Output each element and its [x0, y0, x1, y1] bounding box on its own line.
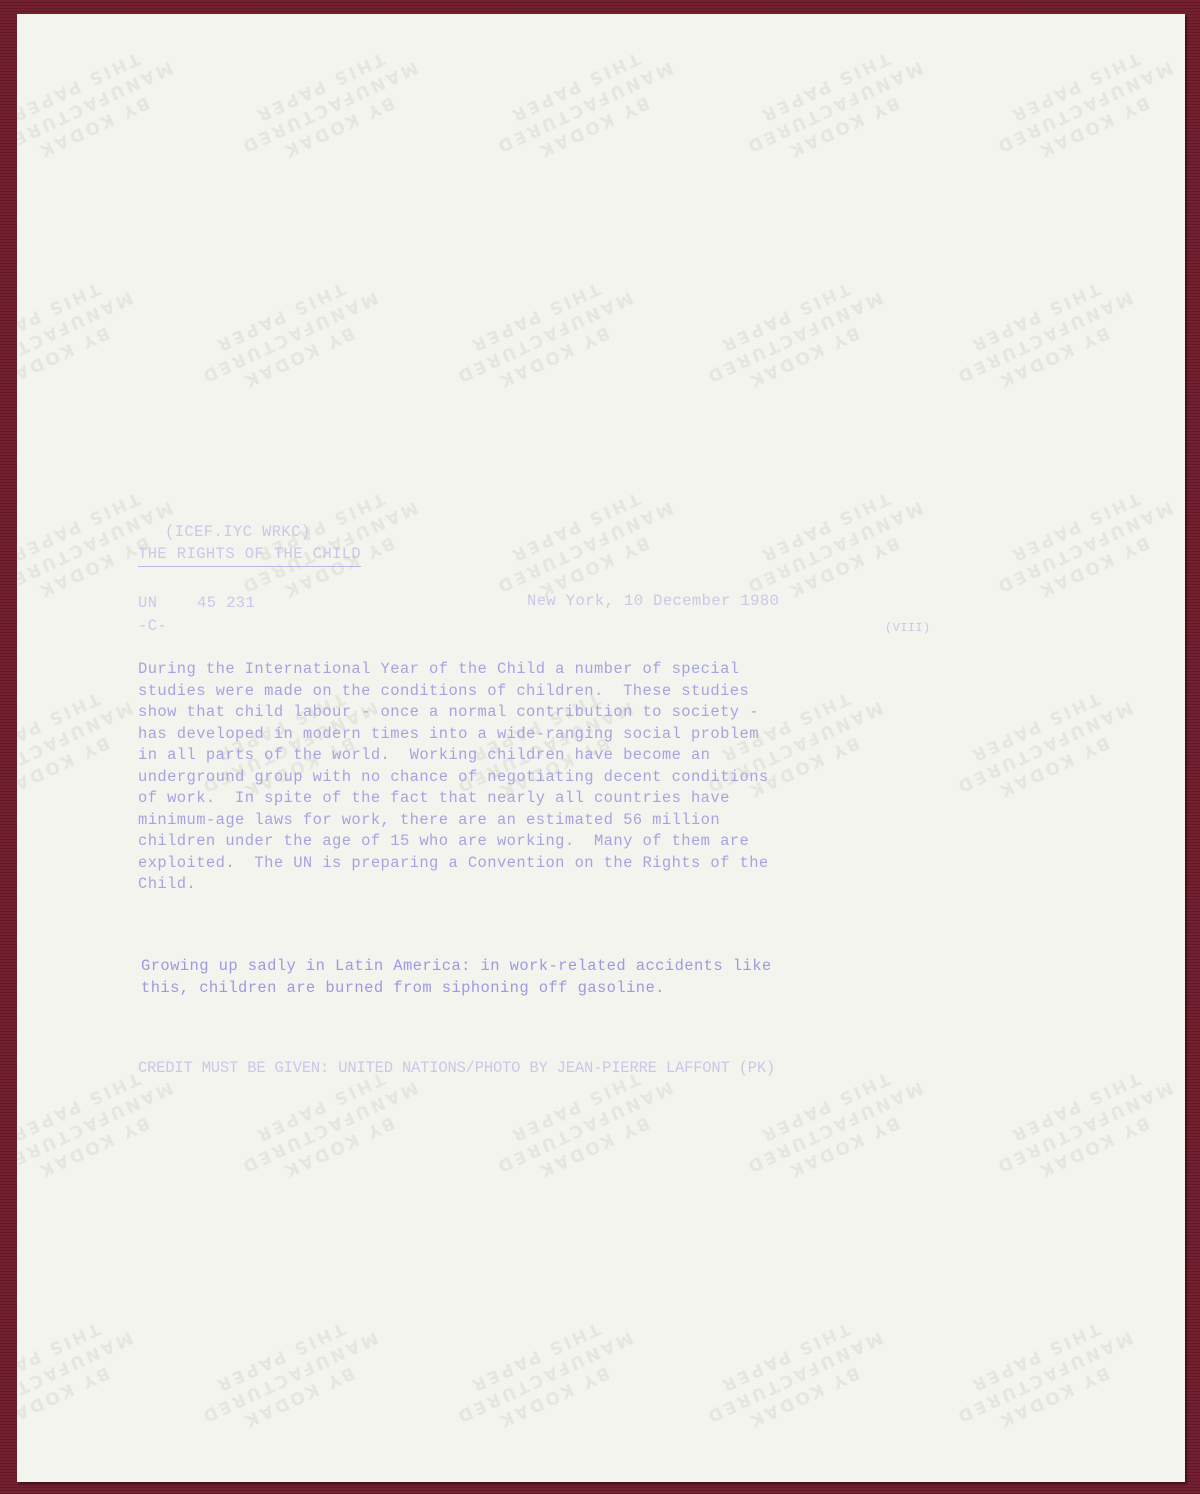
body-line: exploited. The UN is preparing a Convent…	[138, 853, 958, 875]
watermark-text: BY KODAK MANUFACTURED THIS PAPER	[732, 36, 935, 178]
section-mark: (VIII)	[885, 618, 931, 640]
watermark-text: BY KODAK MANUFACTURED THIS PAPER	[942, 676, 1145, 818]
body-line: minimum-age laws for work, there are an …	[138, 810, 958, 832]
sub-mark: -C-	[138, 616, 167, 638]
body-line: underground group with no chance of nego…	[138, 767, 958, 789]
body-line: Child.	[138, 874, 958, 896]
caption-line: Growing up sadly in Latin America: in wo…	[141, 956, 961, 978]
watermark-text: BY KODAK MANUFACTURED THIS PAPER	[942, 266, 1145, 408]
body-line: children under the age of 15 who are wor…	[138, 831, 958, 853]
ref-prefix: UN	[138, 593, 157, 615]
watermark-text: BY KODAK MANUFACTURED THIS PAPER	[982, 1056, 1185, 1198]
body-line: in all parts of the world. Working child…	[138, 745, 958, 767]
watermark-text: BY KODAK MANUFACTURED THIS PAPER	[227, 36, 430, 178]
body-line: of work. In spite of the fact that nearl…	[138, 788, 958, 810]
body-line: show that child labour - once a normal c…	[138, 702, 958, 724]
body-paragraph: During the International Year of the Chi…	[138, 659, 958, 896]
watermark-text: BY KODAK MANUFACTURED THIS PAPER	[692, 1306, 895, 1448]
photo-caption: Growing up sadly in Latin America: in wo…	[141, 956, 961, 999]
caption-line: this, children are burned from siphoning…	[141, 978, 961, 1000]
credit-line: CREDIT MUST BE GIVEN: UNITED NATIONS/PHO…	[138, 1058, 775, 1080]
document-title: THE RIGHTS OF THE CHILD	[138, 544, 361, 567]
watermark-text: BY KODAK MANUFACTURED THIS PAPER	[17, 1306, 146, 1448]
watermark-text: BY KODAK MANUFACTURED THIS PAPER	[442, 1306, 645, 1448]
watermark-text: BY KODAK MANUFACTURED THIS PAPER	[482, 36, 685, 178]
ref-number: 45 231	[197, 593, 255, 615]
watermark-text: BY KODAK MANUFACTURED THIS PAPER	[17, 266, 146, 408]
body-line: studies were made on the conditions of c…	[138, 681, 958, 703]
watermark-text: BY KODAK MANUFACTURED THIS PAPER	[692, 266, 895, 408]
watermark-text: BY KODAK MANUFACTURED THIS PAPER	[982, 36, 1185, 178]
photo-back-page: BY KODAK MANUFACTURED THIS PAPERBY KODAK…	[17, 14, 1185, 1482]
watermark-text: BY KODAK MANUFACTURED THIS PAPER	[187, 266, 390, 408]
body-line: During the International Year of the Chi…	[138, 659, 958, 681]
body-line: has developed in modern times into a wid…	[138, 724, 958, 746]
watermark-text: BY KODAK MANUFACTURED THIS PAPER	[982, 476, 1185, 618]
watermark-text: BY KODAK MANUFACTURED THIS PAPER	[17, 36, 186, 178]
watermark-text: BY KODAK MANUFACTURED THIS PAPER	[942, 1306, 1145, 1448]
header-codes: (ICEF.IYC WRKC)	[165, 522, 311, 544]
watermark-text: BY KODAK MANUFACTURED THIS PAPER	[187, 1306, 390, 1448]
place-date: New York, 10 December 1980	[527, 591, 779, 613]
watermark-text: BY KODAK MANUFACTURED THIS PAPER	[442, 266, 645, 408]
watermark-text: BY KODAK MANUFACTURED THIS PAPER	[17, 676, 146, 818]
